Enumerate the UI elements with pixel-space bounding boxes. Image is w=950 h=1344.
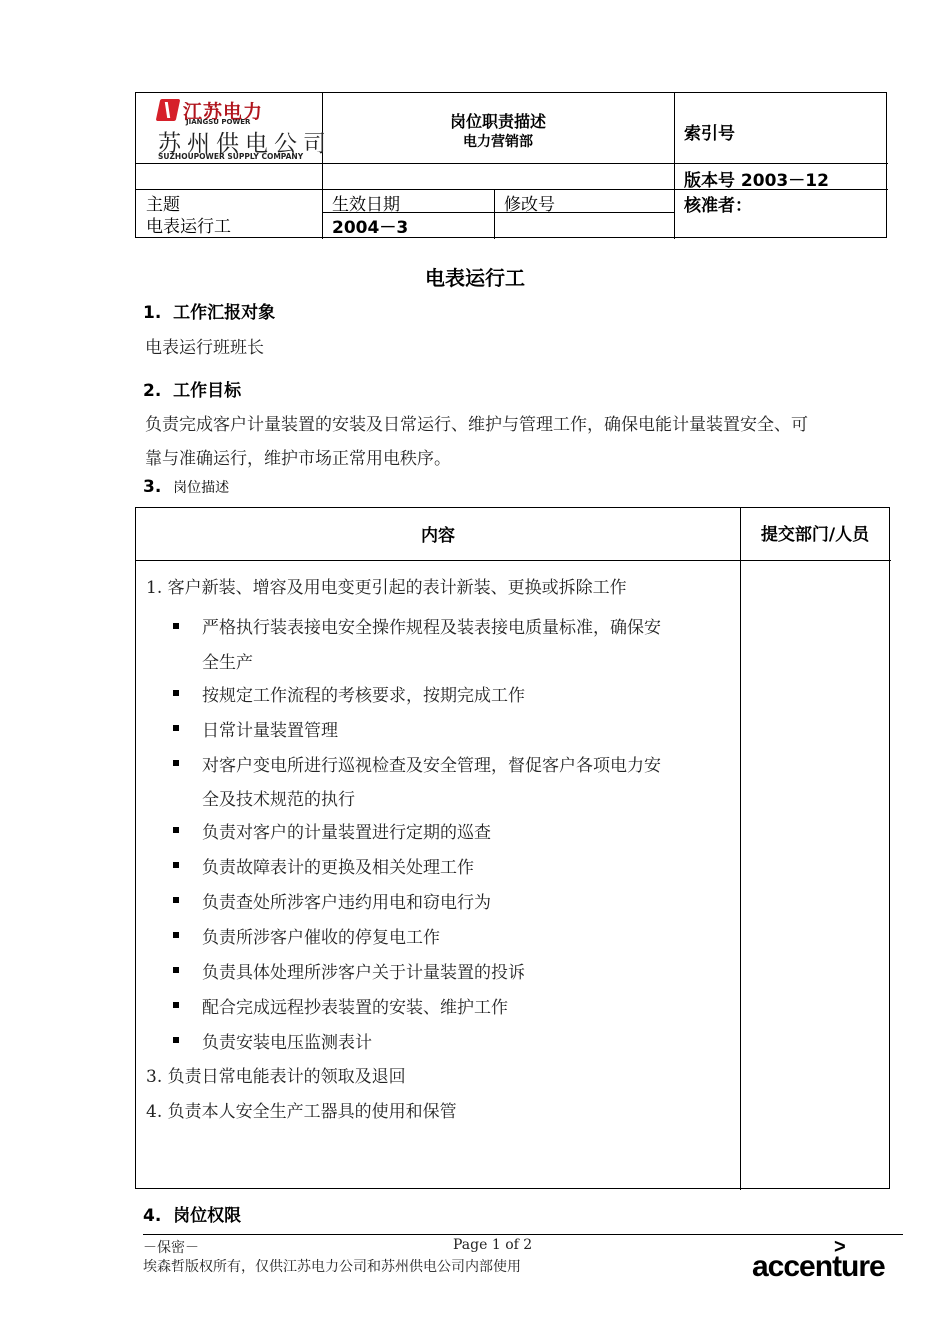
column-header-content: 内容 [136,521,740,546]
bullet-icon [173,1002,179,1008]
confidential-label: －保密－ [143,1237,199,1257]
bullet-icon [173,760,179,766]
duty-bullet: 对客户变电所进行巡视检查及安全管理，督促客户各项电力安 [202,751,661,776]
divider [674,93,675,239]
power-logo-icon [156,99,181,121]
subject-value: 电表运行工 [146,212,231,237]
section-number: 2. [143,381,161,401]
duty-bullet: 严格执行装表接电安全操作规程及装表接电质量标准，确保安 [202,613,661,638]
section-1-body: 电表运行班班长 [145,333,264,358]
duty-bullet: 日常计量装置管理 [202,716,338,741]
index-label: 索引号 [684,119,735,144]
duty-bullet: 负责故障表计的更换及相关处理工作 [202,853,474,878]
bullet-icon [173,862,179,868]
bullet-icon [173,827,179,833]
duty-item-4: 4. 负责本人安全生产工器具的使用和保管 [146,1097,457,1122]
page-title: 电表运行工 [0,262,950,291]
section-2-body-line-2: 靠与准确运行，维护市场正常用电秩序。 [145,444,451,469]
page-number: Page 1 of 2 [453,1237,532,1253]
column-header-submitter: 提交部门/人员 [740,520,890,545]
duty-bullet: 配合完成远程抄表装置的安装、维护工作 [202,993,508,1018]
section-4-heading: 4. 岗位权限 [143,1201,241,1226]
duty-bullet: 负责查处所涉客户违约用电和窃电行为 [202,888,491,913]
duty-bullet-cont: 全及技术规范的执行 [202,785,355,810]
accenture-logo: accenture [752,1250,885,1284]
bullet-icon [173,623,179,629]
section-title: 岗位描述 [173,480,229,496]
logo-en-bottom: SUZHOUPOWER SUPPLY COMPANY [158,152,303,161]
department: 电力营销部 [322,131,674,151]
duty-bullet: 负责所涉客户催收的停复电工作 [202,923,440,948]
duty-bullet-cont: 全生产 [202,648,253,673]
section-3-heading: 3. 岗位描述 [143,477,229,497]
divider [494,189,495,239]
copyright-notice: 埃森哲版权所有，仅供江苏电力公司和苏州供电公司内部使用 [143,1256,521,1276]
section-2-body-line-1: 负责完成客户计量装置的安装及日常运行、维护与管理工作，确保电能计量装置安全、可 [145,410,808,435]
duty-table: 内容 提交部门/人员 1. 客户新装、增容及用电变更引起的表计新装、更换或拆除工… [135,507,890,1189]
bullet-icon [173,1037,179,1043]
approver-label: 核准者： [684,191,752,216]
bullet-icon [173,897,179,903]
bullet-icon [173,967,179,973]
version-field: 版本号 2003－12 [684,166,829,191]
section-title: 工作汇报对象 [173,303,275,323]
section-number: 1. [143,303,161,323]
revision-label: 修改号 [504,190,555,215]
divider [136,560,891,561]
section-title: 岗位权限 [173,1206,241,1226]
duty-item-3: 3. 负责日常电能表计的领取及退回 [146,1062,406,1087]
effective-date-value: 2004－3 [332,213,408,238]
bullet-icon [173,690,179,696]
section-number: 3. [143,477,161,497]
divider [136,163,888,164]
divider [740,508,741,1190]
bullet-icon [173,725,179,731]
bullet-icon [173,932,179,938]
version-label: 版本号 [684,171,735,191]
duty-bullet: 按规定工作流程的考核要求，按期完成工作 [202,681,525,706]
footer-divider [143,1234,903,1235]
section-2-heading: 2. 工作目标 [143,376,241,401]
duty-bullet: 负责具体处理所涉客户关于计量装置的投诉 [202,958,525,983]
version-value: 2003－12 [741,171,829,191]
doc-title: 岗位职责描述 [322,109,674,132]
duty-item-1: 1. 客户新装、增容及用电变更引起的表计新装、更换或拆除工作 [146,573,627,598]
section-title: 工作目标 [173,381,241,401]
effective-date-label: 生效日期 [332,190,400,215]
duty-bullet: 负责安装电压监测表计 [202,1028,372,1053]
section-1-heading: 1. 工作汇报对象 [143,298,275,323]
duty-bullet: 负责对客户的计量装置进行定期的巡查 [202,818,491,843]
section-number: 4. [143,1206,161,1226]
header-table: 江苏电力 JIANGSU POWER 苏州供电公司 SUZHOUPOWER SU… [135,92,887,238]
